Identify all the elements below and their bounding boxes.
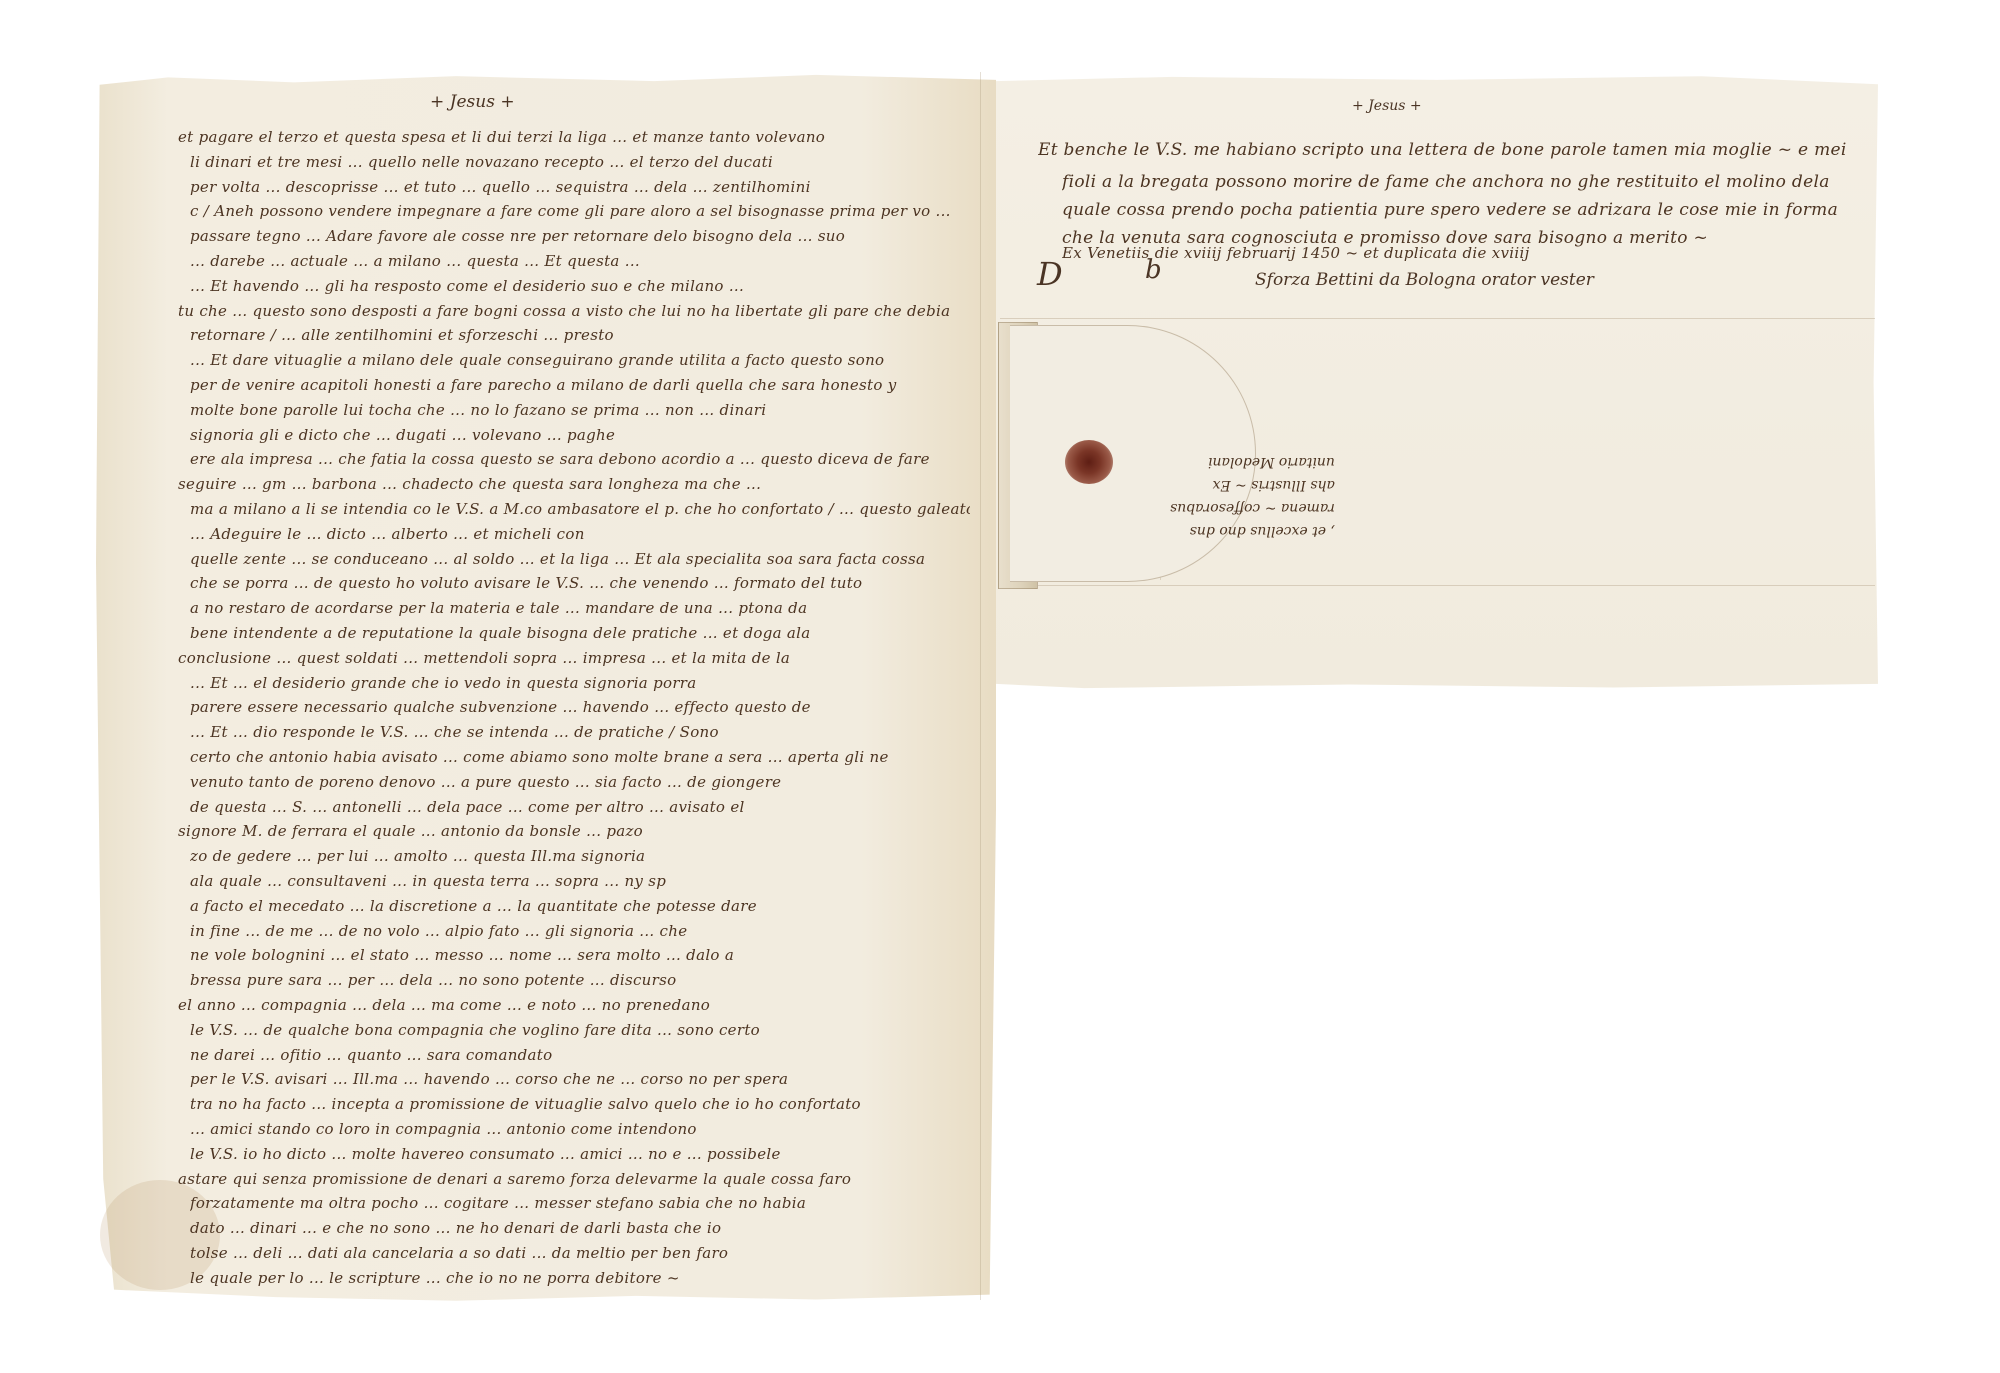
- manuscript-line: a facto el mecedato ... la discretione a…: [190, 897, 970, 915]
- manuscript-line: in fine ... de me ... de no volo ... alp…: [190, 922, 970, 940]
- letter-dateline: Ex Venetiis die xviiij februarij 1450 ~ …: [1062, 244, 1562, 262]
- fold-line-top: [1000, 318, 1875, 319]
- manuscript-line: certo che antonio habia avisato ... come…: [190, 748, 970, 766]
- letter-line-3: quale cossa prendo pocha patientia pure …: [1062, 200, 1872, 220]
- manuscript-line: signore M. de ferrara el quale ... anton…: [178, 822, 970, 840]
- manuscript-line: et pagare el terzo et questa spesa et li…: [178, 128, 970, 146]
- address-line-4: , et excellus dno dns: [1170, 519, 1335, 542]
- manuscript-line: ... Et ... dio responde le V.S. ... che …: [190, 723, 970, 741]
- manuscript-line: ma a milano a li se intendia co le V.S. …: [190, 500, 970, 518]
- signature: Sforza Bettini da Bologna orator vester: [1255, 270, 1594, 290]
- manuscript-line: quelle zente ... se conduceano ... al so…: [190, 550, 970, 568]
- manuscript-line: signoria gli e dicto che ... dugati ... …: [190, 426, 970, 444]
- mark-b: b: [1145, 255, 1162, 285]
- manuscript-line: ... Et ... el desiderio grande che io ve…: [190, 674, 970, 692]
- address-line-2: ahs Illustris ~ Ex: [1170, 473, 1335, 496]
- mark-d: D: [1037, 255, 1063, 293]
- manuscript-line: ... amici stando co loro in compagnia ..…: [190, 1120, 970, 1138]
- letter-line-2: fioli a la bregata possono morire de fam…: [1062, 172, 1872, 192]
- address-inverted: , et excellus dno dns ramena ~ coffesora…: [1170, 450, 1335, 542]
- manuscript-line: seguire ... gm ... barbona ... chadecto …: [178, 475, 970, 493]
- manuscript-line: le V.S. io ho dicto ... molte havereo co…: [190, 1145, 970, 1163]
- manuscript-line: le V.S. ... de qualche bona compagnia ch…: [190, 1021, 970, 1039]
- manuscript-line: retornare / ... alle zentilhomini et sfo…: [190, 326, 970, 344]
- manuscript-line: passare tegno ... Adare favore ale cosse…: [190, 227, 970, 245]
- manuscript-line: forzatamente ma oltra pocho ... cogitare…: [190, 1194, 970, 1212]
- manuscript-line: tolse ... deli ... dati ala cancelaria a…: [190, 1244, 970, 1262]
- manuscript-line: ne vole bolognini ... el stato ... messo…: [190, 946, 970, 964]
- manuscript-line: ... Et dare vituaglie a milano dele qual…: [190, 351, 970, 369]
- manuscript-line: de questa ... S. ... antonelli ... dela …: [190, 798, 970, 816]
- manuscript-line: ere ala impresa ... che fatia la cossa q…: [190, 450, 970, 468]
- left-sheet-heading: + Jesus +: [430, 92, 515, 112]
- manuscript-line: ... Et havendo ... gli ha resposto come …: [190, 277, 970, 295]
- manuscript-line: tra no ha facto ... incepta a promission…: [190, 1095, 970, 1113]
- address-line-1: unitario Medolani: [1170, 450, 1335, 473]
- manuscript-line: per volta ... descoprisse ... et tuto ..…: [190, 178, 970, 196]
- manuscript-line: el anno ... compagnia ... dela ... ma co…: [178, 996, 970, 1014]
- letter-line-1: Et benche le V.S. me habiano scripto una…: [1038, 140, 1868, 160]
- manuscript-line: venuto tanto de poreno denovo ... a pure…: [190, 773, 970, 791]
- manuscript-line: ala quale ... consultaveni ... in questa…: [190, 872, 970, 890]
- manuscript-line: ... darebe ... actuale ... a milano ... …: [190, 252, 970, 270]
- manuscript-line: molte bone parolle lui tocha che ... no …: [190, 401, 970, 419]
- right-sheet-heading: + Jesus +: [1352, 98, 1422, 114]
- manuscript-line: li dinari et tre mesi ... quello nelle n…: [190, 153, 970, 171]
- manuscript-line: tu che ... questo sono desposti a fare b…: [178, 302, 970, 320]
- manuscript-line: ne darei ... ofitio ... quanto ... sara …: [190, 1046, 970, 1064]
- manuscript-line: le quale per lo ... le scripture ... che…: [190, 1269, 970, 1287]
- manuscript-line: c / Aneh possono vendere impegnare a far…: [190, 202, 970, 220]
- manuscript-line: che se porra ... de questo ho voluto avi…: [190, 574, 970, 592]
- manuscript-line: bene intendente a de reputatione la qual…: [190, 624, 970, 642]
- left-sheet-edge-shadow: [980, 72, 981, 1300]
- wax-seal: [1065, 440, 1113, 484]
- address-line-3: ramena ~ coffesorabus: [1170, 496, 1335, 519]
- manuscript-line: zo de gedere ... per lui ... amolto ... …: [190, 847, 970, 865]
- manuscript-line: dato ... dinari ... e che no sono ... ne…: [190, 1219, 970, 1237]
- manuscript-line: bressa pure sara ... per ... dela ... no…: [190, 971, 970, 989]
- manuscript-line: a no restaro de acordarse per la materia…: [190, 599, 970, 617]
- manuscript-line: ... Adeguire le ... dicto ... alberto ..…: [190, 525, 970, 543]
- manuscript-line: parere essere necessario qualche subvenz…: [190, 698, 970, 716]
- manuscript-line: per de venire acapitoli honesti a fare p…: [190, 376, 970, 394]
- fold-line-bottom: [1000, 585, 1875, 586]
- manuscript-line: astare qui senza promissione de denari a…: [178, 1170, 970, 1188]
- manuscript-line: per le V.S. avisari ... Ill.ma ... haven…: [190, 1070, 970, 1088]
- manuscript-line: conclusione ... quest soldati ... metten…: [178, 649, 970, 667]
